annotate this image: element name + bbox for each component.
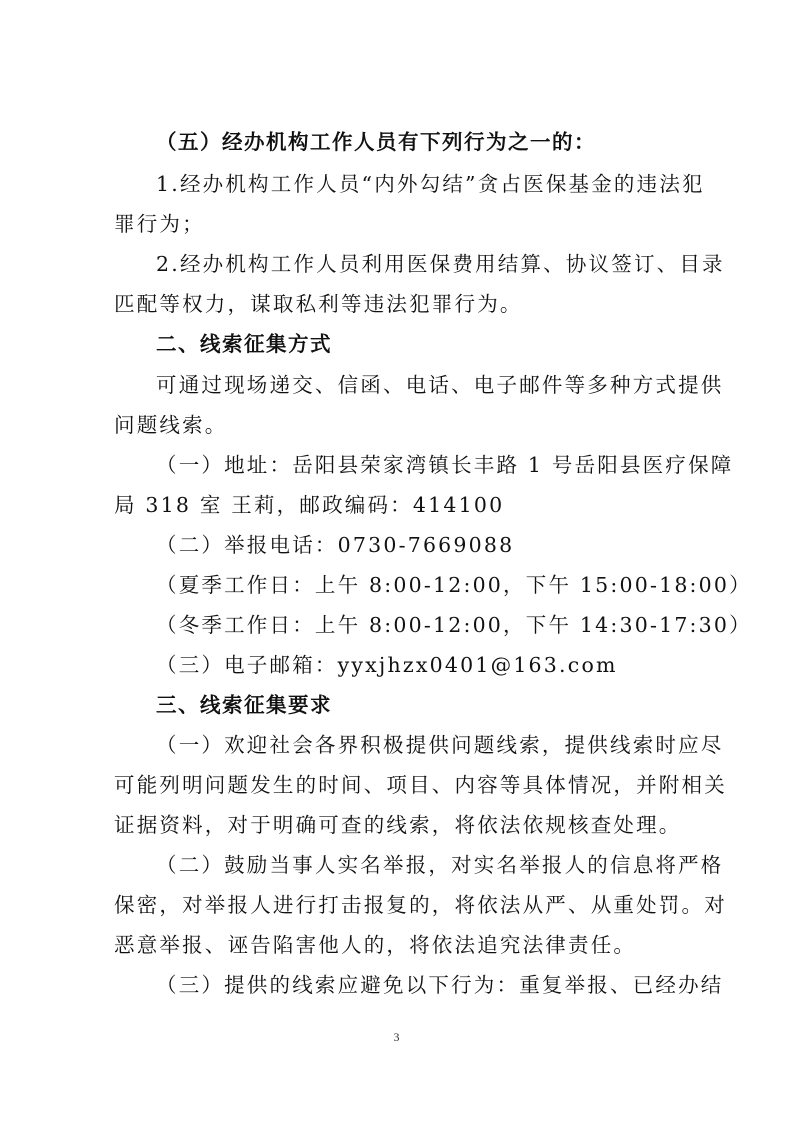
email-line: （三）电子邮箱：yyxjhzx0401@163.com <box>156 651 726 679</box>
paragraph-line: 罪行为； <box>114 210 684 238</box>
section-heading-two: 二、线索征集方式 <box>156 330 726 358</box>
paragraph-line: 匹配等权力，谋取私利等违法犯罪行为。 <box>114 290 684 318</box>
paragraph-line: （二）鼓励当事人实名举报，对实名举报人的信息将严格 <box>156 851 726 879</box>
paragraph-line: （一）欢迎社会各界积极提供问题线索，提供线索时应尽 <box>156 731 726 759</box>
paragraph-line: 证据资料，对于明确可查的线索，将依法依规核查处理。 <box>114 811 684 839</box>
page-number: 3 <box>0 1030 793 1045</box>
section-heading-three: 三、线索征集要求 <box>156 691 726 719</box>
paragraph-line: 问题线索。 <box>114 411 684 439</box>
paragraph-line: （三）提供的线索应避免以下行为：重复举报、已经办结 <box>156 971 726 999</box>
address-line: 局 318 室 王莉，邮政编码：414100 <box>114 491 684 519</box>
section-heading-five: （五）经办机构工作人员有下列行为之一的： <box>156 128 726 156</box>
summer-hours-line: （夏季工作日：上午 8:00-12:00，下午 15:00-18:00） <box>156 571 726 599</box>
phone-line: （二）举报电话：0730-7669088 <box>156 531 726 559</box>
paragraph-line: 可能列明问题发生的时间、项目、内容等具体情况，并附相关 <box>114 771 684 799</box>
paragraph-line: 2.经办机构工作人员利用医保费用结算、协议签订、目录 <box>156 250 726 278</box>
paragraph-line: 保密，对举报人进行打击报复的，将依法从严、从重处罚。对 <box>114 891 684 919</box>
paragraph-line: 恶意举报、诬告陷害他人的，将依法追究法律责任。 <box>114 931 684 959</box>
winter-hours-line: （冬季工作日：上午 8:00-12:00，下午 14:30-17:30） <box>156 611 726 639</box>
document-page: （五）经办机构工作人员有下列行为之一的： 1.经办机构工作人员“内外勾结”贪占医… <box>0 0 793 1122</box>
address-line: （一）地址：岳阳县荣家湾镇长丰路 1 号岳阳县医疗保障 <box>156 451 726 479</box>
paragraph-line: 1.经办机构工作人员“内外勾结”贪占医保基金的违法犯 <box>156 170 726 198</box>
paragraph-line: 可通过现场递交、信函、电话、电子邮件等多种方式提供 <box>156 371 726 399</box>
